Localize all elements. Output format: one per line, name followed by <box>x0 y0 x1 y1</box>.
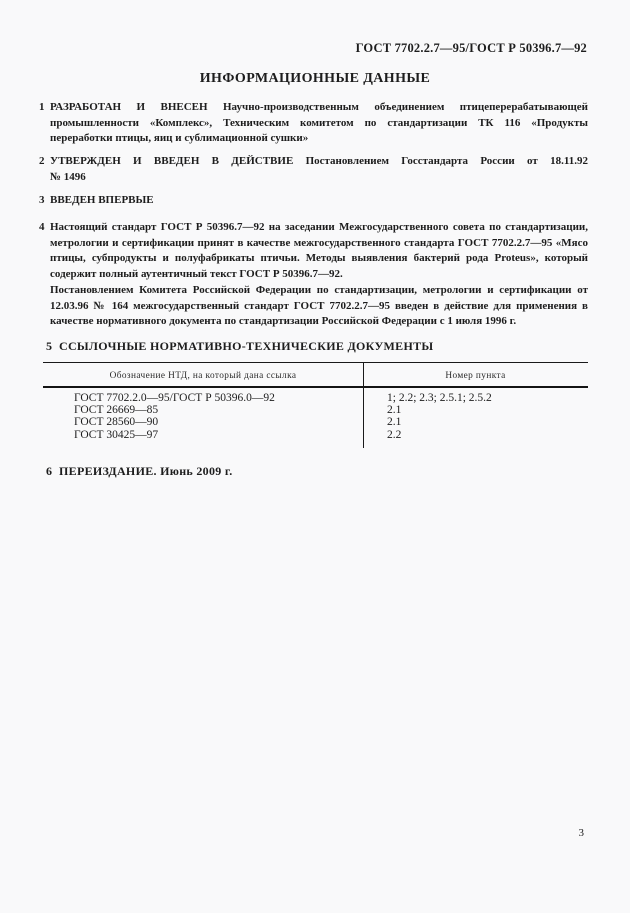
item-text: ВВЕДЕН ВПЕРВЫЕ <box>50 193 588 209</box>
item-text: УТВЕРЖДЕН И ВВЕДЕН В ДЕЙСТВИЕ Постановле… <box>50 154 588 170</box>
item-number: 6 <box>46 464 52 480</box>
table-cell-ntd: ГОСТ 7702.2.0—95/ГОСТ Р 50396.0—92 <box>43 392 363 404</box>
table-cell-ntd: ГОСТ 28560—90 <box>43 416 363 428</box>
item-number: 2 <box>39 154 45 170</box>
table-header-ntd: Обозначение НТД, на который дана ссылка <box>43 371 363 381</box>
info-item-1: 1 РАЗРАБОТАН И ВНЕСЕН Научно-производств… <box>39 100 588 147</box>
table-cell-punkt: 2.1 <box>363 416 588 428</box>
item-text: РАЗРАБОТАН И ВНЕСЕН Научно-производствен… <box>50 100 588 147</box>
doc-code-header: ГОСТ 7702.2.7—95/ГОСТ Р 50396.7—92 <box>356 41 587 56</box>
references-table: Обозначение НТД, на который дана ссылка … <box>43 362 588 448</box>
table-body: ГОСТ 7702.2.0—95/ГОСТ Р 50396.0—92 1; 2.… <box>43 388 588 448</box>
table-cell-ntd: ГОСТ 30425—97 <box>43 429 363 441</box>
table-header-punkt: Номер пункта <box>363 371 588 381</box>
table-row: ГОСТ 30425—97 2.2 <box>43 429 588 441</box>
item-text-continued: № 1496 <box>50 170 588 186</box>
info-item-4: 4 Настоящий стандарт ГОСТ Р 50396.7—92 н… <box>39 220 588 330</box>
table-cell-punkt: 1; 2.2; 2.3; 2.5.1; 2.5.2 <box>363 392 588 404</box>
info-item-5-references-heading: 5 ССЫЛОЧНЫЕ НОРМАТИВНО-ТЕХНИЧЕСКИЕ ДОКУМ… <box>46 339 588 355</box>
document-page: ГОСТ 7702.2.7—95/ГОСТ Р 50396.7—92 ИНФОР… <box>0 0 630 913</box>
table-row: ГОСТ 28560—90 2.1 <box>43 416 588 428</box>
table-cell-punkt: 2.2 <box>363 429 588 441</box>
page-title: ИНФОРМАЦИОННЫЕ ДАННЫЕ <box>0 71 630 87</box>
table-row: ГОСТ 7702.2.0—95/ГОСТ Р 50396.0—92 1; 2.… <box>43 392 588 404</box>
section-heading: ССЫЛОЧНЫЕ НОРМАТИВНО-ТЕХНИЧЕСКИЕ ДОКУМЕН… <box>59 339 588 355</box>
info-item-6: 6 ПЕРЕИЗДАНИЕ. Июнь 2009 г. <box>46 464 588 480</box>
item-text: ПЕРЕИЗДАНИЕ. Июнь 2009 г. <box>59 464 588 480</box>
item-text: Настоящий стандарт ГОСТ Р 50396.7—92 на … <box>50 220 588 283</box>
table-cell-punkt: 2.1 <box>363 404 588 416</box>
table-cell-ntd: ГОСТ 26669—85 <box>43 404 363 416</box>
item-text-paragraph-2: Постановлением Комитета Российской Федер… <box>50 283 588 330</box>
item-number: 4 <box>39 220 45 236</box>
item-number: 5 <box>46 339 52 355</box>
info-item-2: 2 УТВЕРЖДЕН И ВВЕДЕН В ДЕЙСТВИЕ Постанов… <box>39 154 588 185</box>
table-row: ГОСТ 26669—85 2.1 <box>43 404 588 416</box>
info-item-3: 3 ВВЕДЕН ВПЕРВЫЕ <box>39 193 588 209</box>
page-number: 3 <box>579 827 585 839</box>
item-number: 3 <box>39 193 45 209</box>
table-vertical-divider <box>363 363 364 448</box>
item-number: 1 <box>39 100 45 116</box>
table-header-row: Обозначение НТД, на который дана ссылка … <box>43 363 588 388</box>
